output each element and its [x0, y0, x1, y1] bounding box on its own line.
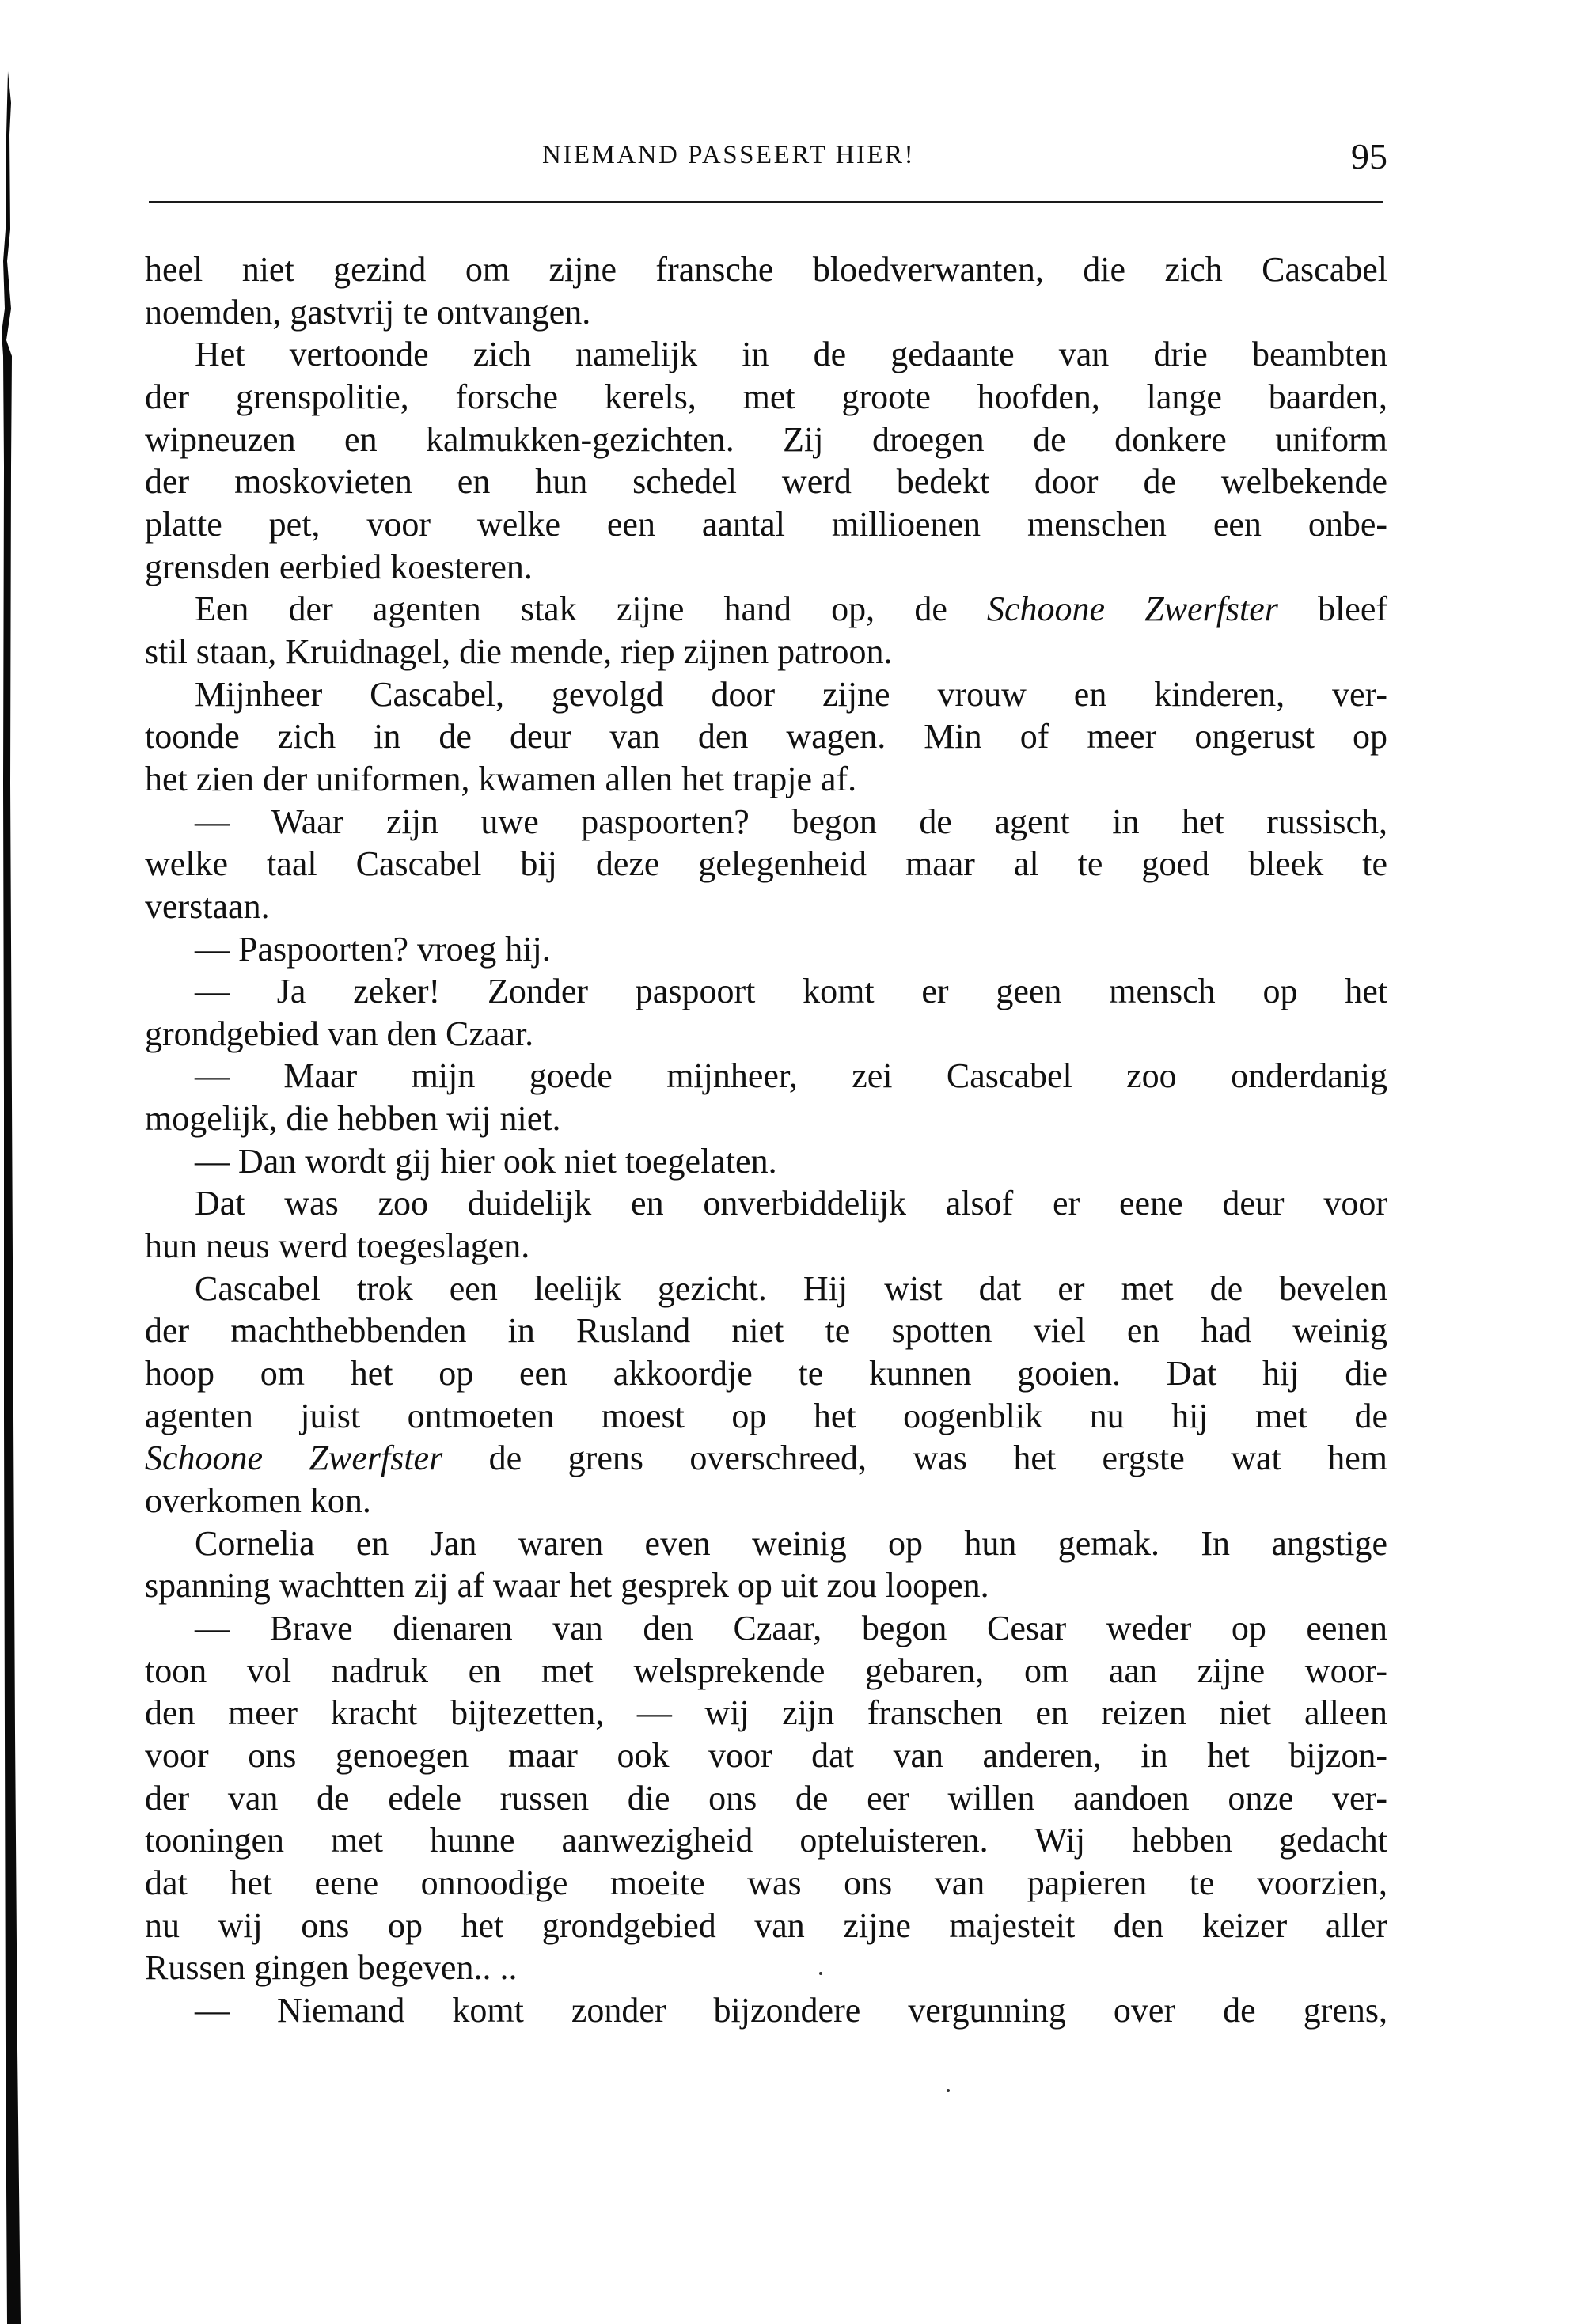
- text-line: Russen gingen begeven.. ..: [145, 1947, 1387, 1989]
- text-line: voor ons genoegen maar ook voor dat van …: [145, 1734, 1387, 1777]
- line-text: heel niet gezind om zijne fransche bloed…: [145, 250, 1387, 289]
- page-binding-edge: [0, 71, 24, 2324]
- text-line: — Waar zijn uwe paspoorten? begon de age…: [145, 801, 1387, 844]
- text-line: Cascabel trok een leelijk gezicht. Hij w…: [145, 1268, 1387, 1310]
- text-line: hoop om het op een akkoordje te kunnen g…: [145, 1352, 1387, 1395]
- text-line: der van de edele russen die ons de eer w…: [145, 1777, 1387, 1820]
- text-line: welke taal Cascabel bij deze gelegenheid…: [145, 843, 1387, 885]
- text-line: grensden eerbied koesteren.: [145, 546, 1387, 589]
- line-text: Russen gingen begeven.. ..: [145, 1948, 517, 1987]
- line-text: — Ja zeker! Zonder paspoort komt er geen…: [195, 972, 1387, 1010]
- text-line: heel niet gezind om zijne fransche bloed…: [145, 248, 1387, 291]
- text-line: — Brave dienaren van den Czaar, begon Ce…: [145, 1607, 1387, 1650]
- italic-title: Schoone Zwerfster: [145, 1439, 442, 1477]
- text-line: der moskovieten en hun schedel werd bede…: [145, 461, 1387, 503]
- text-line: overkomen kon.: [145, 1480, 1387, 1522]
- text-line: — Dan wordt gij hier ook niet toegelaten…: [145, 1140, 1387, 1183]
- line-text: der machthebbenden in Rusland niet te sp…: [145, 1311, 1387, 1350]
- line-text: verstaan.: [145, 887, 270, 926]
- line-text: wipneuzen en kalmukken-gezichten. Zij dr…: [145, 420, 1387, 459]
- text-line: — Ja zeker! Zonder paspoort komt er geen…: [145, 970, 1387, 1013]
- text-line: wipneuzen en kalmukken-gezichten. Zij dr…: [145, 419, 1387, 461]
- print-speck: [819, 1972, 822, 1975]
- text-line: dat het eene onnoodige moeite was ons va…: [145, 1862, 1387, 1905]
- line-text: dat het eene onnoodige moeite was ons va…: [145, 1863, 1387, 1902]
- line-text: platte pet, voor welke een aantal millio…: [145, 505, 1387, 544]
- line-text: — Brave dienaren van den Czaar, begon Ce…: [195, 1609, 1387, 1647]
- text-line: nu wij ons op het grondgebied van zijne …: [145, 1905, 1387, 1947]
- line-text: grensden eerbied koesteren.: [145, 548, 533, 586]
- text-line: agenten juist ontmoeten moest op het oog…: [145, 1395, 1387, 1438]
- line-text: welke taal Cascabel bij deze gelegenheid…: [145, 844, 1387, 883]
- line-text: agenten juist ontmoeten moest op het oog…: [145, 1397, 1387, 1435]
- line-text: Dat was zoo duidelijk en onverbiddelijk …: [195, 1184, 1387, 1223]
- line-text: tooningen met hunne aanwezigheid optelui…: [145, 1821, 1387, 1860]
- text-line: grondgebied van den Czaar.: [145, 1013, 1387, 1056]
- text-line: spanning wachtten zij af waar het gespre…: [145, 1564, 1387, 1607]
- text-line: mogelijk, die hebben wij niet.: [145, 1098, 1387, 1140]
- print-speck: [947, 2089, 950, 2092]
- line-text: voor ons genoegen maar ook voor dat van …: [145, 1736, 1387, 1775]
- text-line: Mijnheer Cascabel, gevolgd door zijne vr…: [145, 673, 1387, 716]
- line-text: overkomen kon.: [145, 1481, 371, 1520]
- line-text: hoop om het op een akkoordje te kunnen g…: [145, 1354, 1387, 1393]
- text-line: — Paspoorten? vroeg hij.: [145, 928, 1387, 971]
- line-text: Een der agenten stak zijne hand op, de: [195, 590, 987, 628]
- line-text: Mijnheer Cascabel, gevolgd door zijne vr…: [195, 675, 1387, 714]
- line-text: spanning wachtten zij af waar het gespre…: [145, 1566, 989, 1605]
- line-text: — Niemand komt zonder bijzondere vergunn…: [195, 1991, 1387, 2030]
- italic-title: Schoone Zwerfster: [987, 590, 1278, 628]
- text-line: hun neus werd toegeslagen.: [145, 1225, 1387, 1268]
- line-text: stil staan, Kruidnagel, die mende, riep …: [145, 632, 893, 671]
- line-text: toon vol nadruk en met welsprekende geba…: [145, 1651, 1387, 1690]
- text-line: — Niemand komt zonder bijzondere vergunn…: [145, 1989, 1387, 2032]
- line-text: der grenspolitie, forsche kerels, met gr…: [145, 377, 1387, 416]
- text-line: den meer kracht bijtezetten, — wij zijn …: [145, 1692, 1387, 1734]
- text-line: Dat was zoo duidelijk en onverbiddelijk …: [145, 1182, 1387, 1225]
- line-text: — Dan wordt gij hier ook niet toegelaten…: [195, 1142, 777, 1181]
- text-line: Een der agenten stak zijne hand op, de S…: [145, 588, 1387, 631]
- line-text: — Maar mijn goede mijnheer, zei Cascabel…: [195, 1056, 1387, 1095]
- line-text: — Paspoorten? vroeg hij.: [195, 930, 551, 969]
- line-text: de grens overschreed, was het ergste wat…: [442, 1439, 1387, 1477]
- text-line: verstaan.: [145, 885, 1387, 928]
- line-text: noemden, gastvrij te ontvangen.: [145, 293, 590, 332]
- text-line: Het vertoonde zich namelijk in de gedaan…: [145, 333, 1387, 376]
- text-line: der machthebbenden in Rusland niet te sp…: [145, 1310, 1387, 1352]
- line-text: — Waar zijn uwe paspoorten? begon de age…: [195, 802, 1387, 841]
- header-rule: [149, 201, 1383, 203]
- line-text: Cornelia en Jan waren even weinig op hun…: [195, 1524, 1387, 1563]
- print-speck: [252, 315, 254, 317]
- line-text: hun neus werd toegeslagen.: [145, 1226, 529, 1265]
- line-text: Het vertoonde zich namelijk in de gedaan…: [195, 335, 1387, 373]
- text-line: tooningen met hunne aanwezigheid optelui…: [145, 1819, 1387, 1862]
- text-line: noemden, gastvrij te ontvangen.: [145, 291, 1387, 334]
- body-text: heel niet gezind om zijne fransche bloed…: [145, 248, 1387, 2032]
- line-text: den meer kracht bijtezetten, — wij zijn …: [145, 1693, 1387, 1732]
- text-line: — Maar mijn goede mijnheer, zei Cascabel…: [145, 1055, 1387, 1098]
- page-number: 95: [1351, 139, 1387, 174]
- text-line: Schoone Zwerfster de grens overschreed, …: [145, 1437, 1387, 1480]
- text-line: het zien der uniformen, kwamen allen het…: [145, 758, 1387, 801]
- text-line: Cornelia en Jan waren even weinig op hun…: [145, 1522, 1387, 1565]
- line-text: toonde zich in de deur van den wagen. Mi…: [145, 717, 1387, 756]
- running-title: NIEMAND PASSEERT HIER!: [542, 138, 915, 172]
- text-line: platte pet, voor welke een aantal millio…: [145, 503, 1387, 546]
- line-text: bleef: [1278, 590, 1387, 628]
- text-line: toonde zich in de deur van den wagen. Mi…: [145, 715, 1387, 758]
- line-text: der van de edele russen die ons de eer w…: [145, 1779, 1387, 1818]
- text-line: stil staan, Kruidnagel, die mende, riep …: [145, 631, 1387, 673]
- line-text: nu wij ons op het grondgebied van zijne …: [145, 1906, 1387, 1945]
- line-text: mogelijk, die hebben wij niet.: [145, 1099, 560, 1138]
- running-head: NIEMAND PASSEERT HIER! 95: [145, 138, 1387, 172]
- text-line: der grenspolitie, forsche kerels, met gr…: [145, 376, 1387, 419]
- text-line: toon vol nadruk en met welsprekende geba…: [145, 1650, 1387, 1693]
- line-text: het zien der uniformen, kwamen allen het…: [145, 760, 856, 798]
- line-text: Cascabel trok een leelijk gezicht. Hij w…: [195, 1269, 1387, 1308]
- line-text: der moskovieten en hun schedel werd bede…: [145, 462, 1387, 501]
- line-text: grondgebied van den Czaar.: [145, 1014, 533, 1053]
